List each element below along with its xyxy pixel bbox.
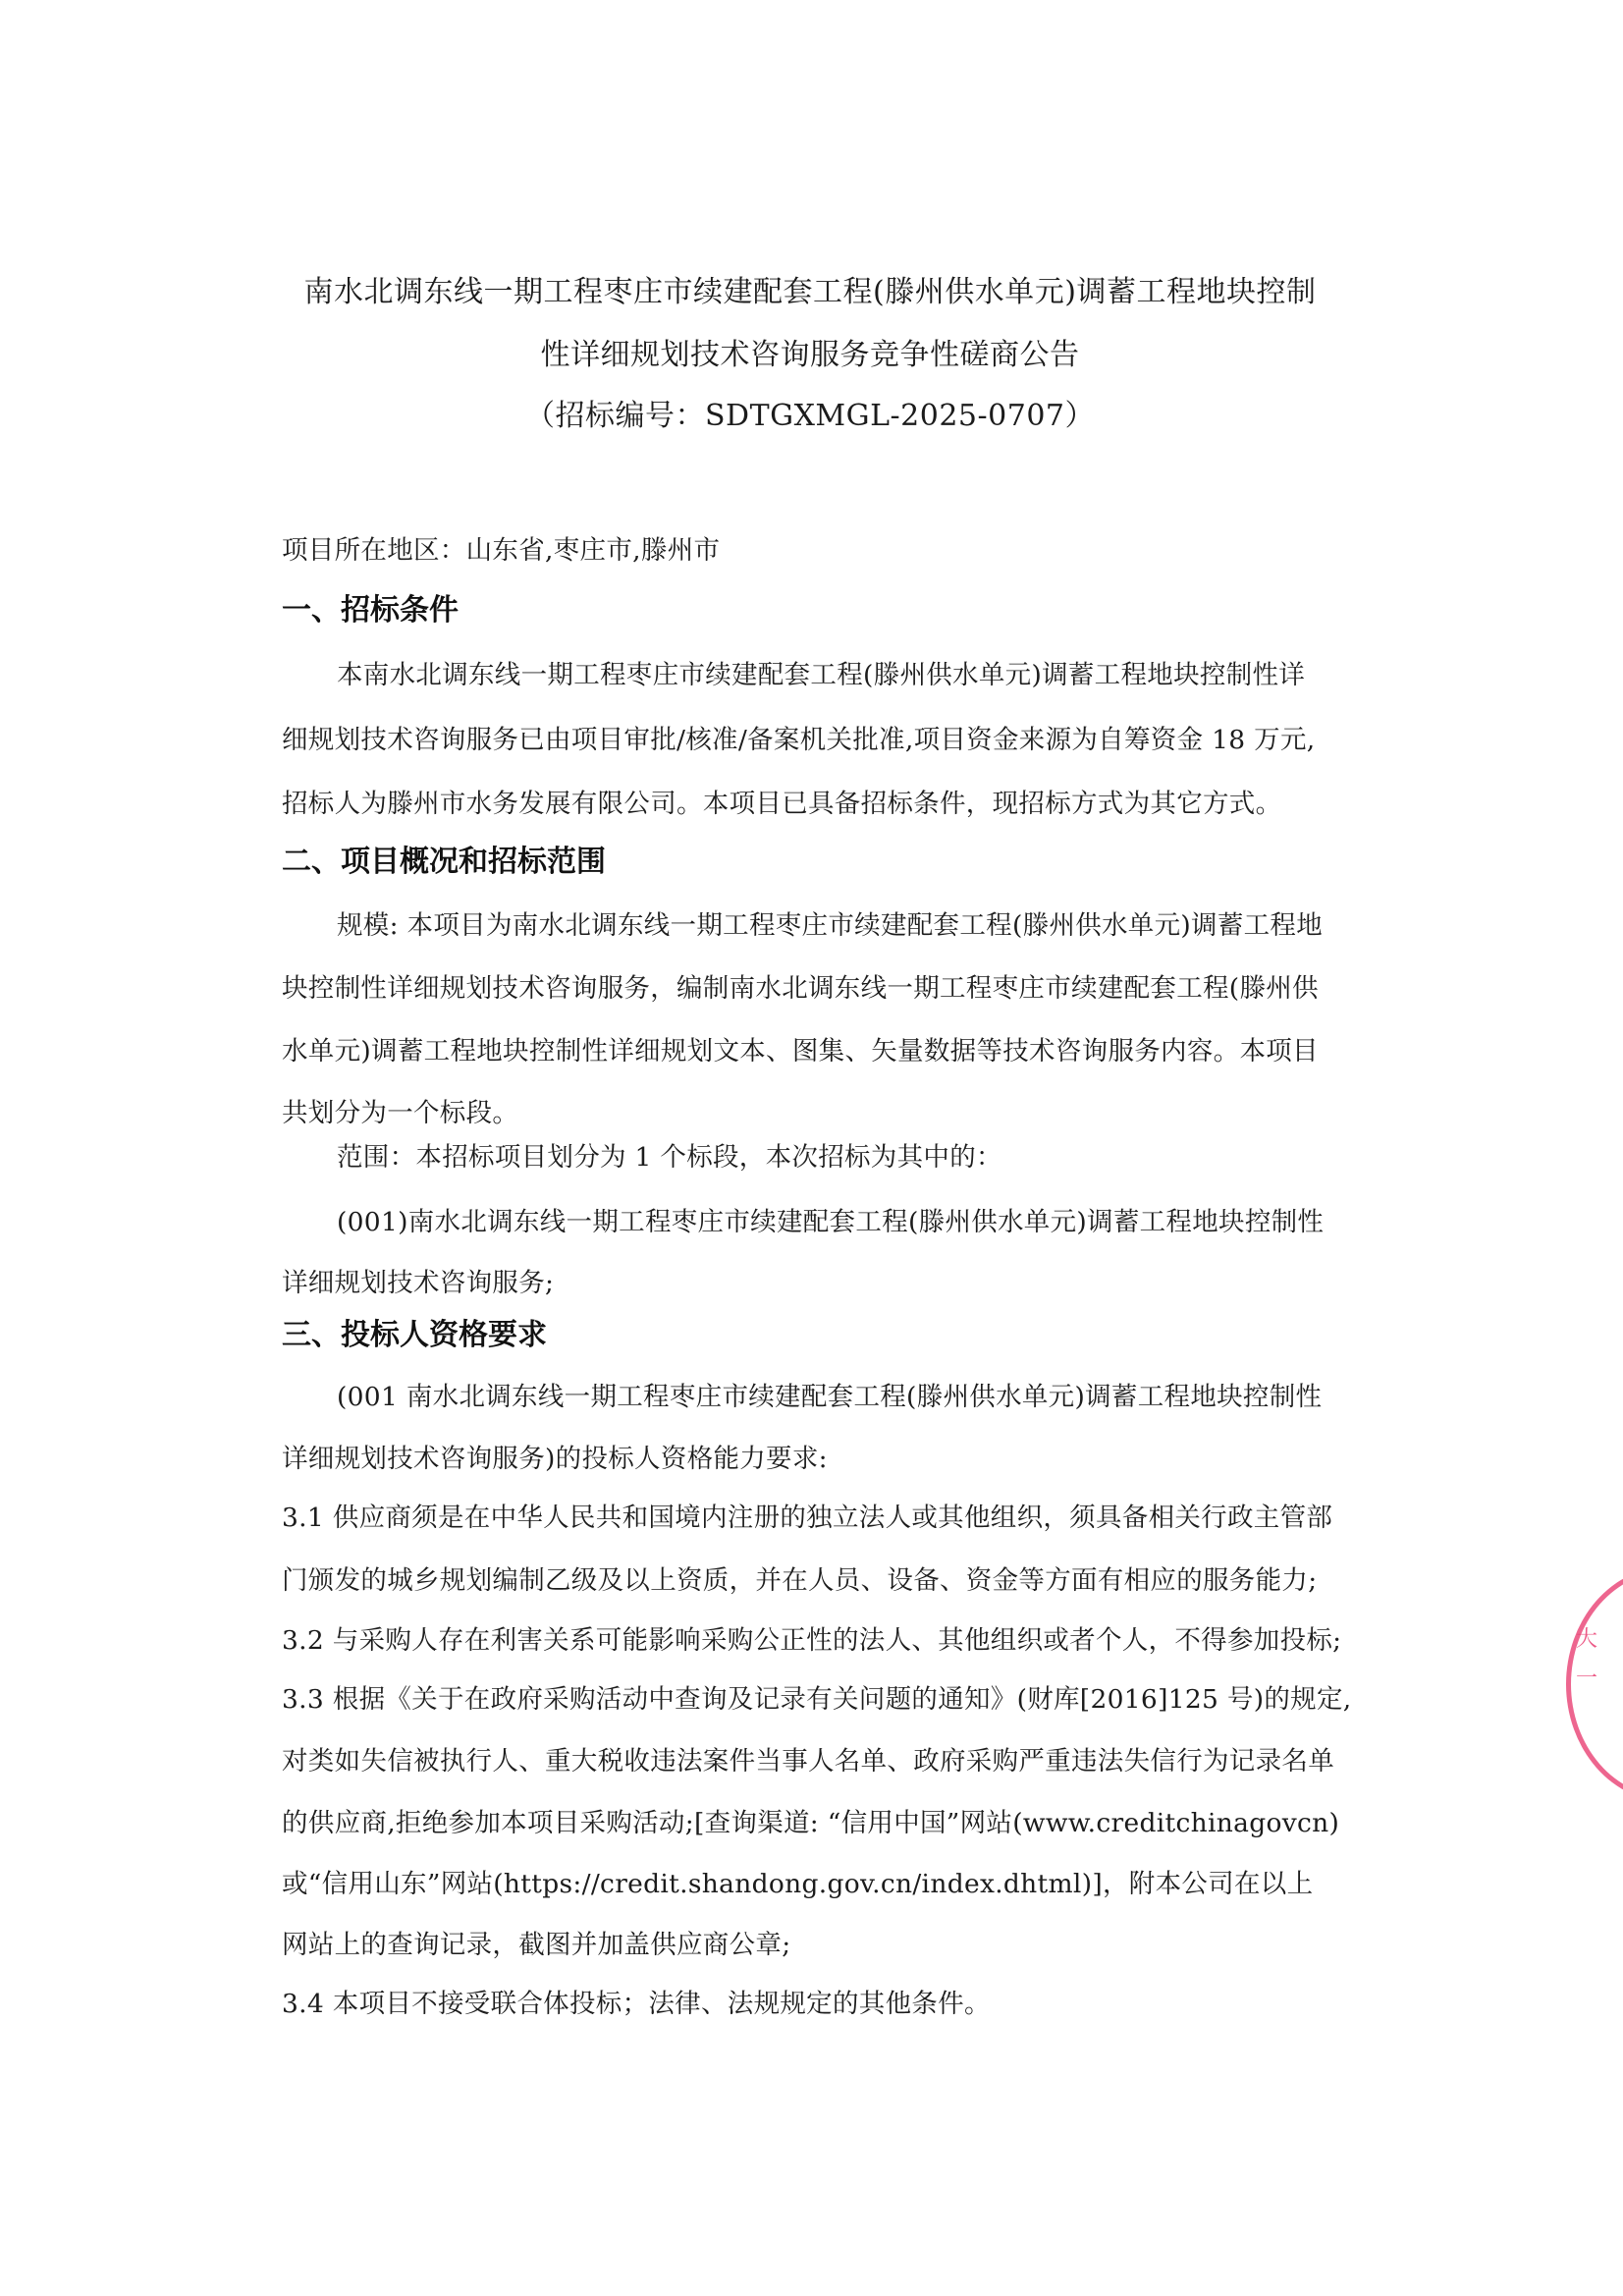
section-2-line: (001)南水北调东线一期工程枣庄市续建配套工程(滕州供水单元)调蓄工程地块控制… xyxy=(337,1200,1324,1238)
section-3-line: 详细规划技术咨询服务)的投标人资格能力要求: xyxy=(282,1437,828,1475)
section-2-line: 块控制性详细规划技术咨询服务，编制南水北调东线一期工程枣庄市续建配套工程(滕州供 xyxy=(282,966,1319,1005)
section-1-line: 本南水北调东线一期工程枣庄市续建配套工程(滕州供水单元)调蓄工程地块控制性详 xyxy=(337,653,1305,691)
section-3-line: 对类如失信被执行人、重大税收违法案件当事人名单、政府采购严重违法失信行为记录名单 xyxy=(282,1739,1334,1777)
section-3-line: 或“信用山东”网站(https://credit.shandong.gov.cn… xyxy=(282,1862,1313,1900)
section-3-line: 3.1 供应商须是在中华人民共和国境内注册的独立法人或其他组织，须具备相关行政主… xyxy=(282,1496,1332,1534)
project-region: 项目所在地区：山东省,枣庄市,滕州市 xyxy=(282,528,720,567)
section-1-line: 招标人为滕州市水务发展有限公司。本项目已具备招标条件，现招标方式为其它方式。 xyxy=(282,782,1281,820)
section-3-line: 门颁发的城乡规划编制乙级及以上资质，并在人员、设备、资金等方面有相应的服务能力; xyxy=(282,1558,1317,1597)
document-title-line-1: 南水北调东线一期工程枣庄市续建配套工程(滕州供水单元)调蓄工程地块控制 xyxy=(255,267,1365,310)
section-2-line: 共划分为一个标段。 xyxy=(282,1091,518,1129)
document-title-line-2: 性详细规划技术咨询服务竞争性磋商公告 xyxy=(255,330,1365,373)
seal-text: 大 一 xyxy=(1576,1620,1623,1699)
section-3-line: 3.4 本项目不接受联合体投标；法律、法规规定的其他条件。 xyxy=(282,1982,991,2020)
section-2-line: 规模: 本项目为南水北调东线一期工程枣庄市续建配套工程(滕州供水单元)调蓄工程地 xyxy=(337,903,1323,942)
section-1-heading: 一、招标条件 xyxy=(282,585,459,629)
section-3-line: 网站上的查询记录，截图并加盖供应商公章; xyxy=(282,1923,790,1961)
section-3-line: 的供应商,拒绝参加本项目采购活动;[查询渠道: “信用中国”网站(www.cre… xyxy=(282,1801,1339,1839)
section-3-heading: 三、投标人资格要求 xyxy=(282,1310,547,1353)
section-3-line: 3.2 与采购人存在利害关系可能影响采购公正性的法人、其他组织或者个人，不得参加… xyxy=(282,1618,1341,1657)
section-1-line: 细规划技术咨询服务已由项目审批/核准/备案机关批准,项目资金来源为自筹资金 18… xyxy=(282,718,1315,756)
document-page: 南水北调东线一期工程枣庄市续建配套工程(滕州供水单元)调蓄工程地块控制 性详细规… xyxy=(0,0,1623,2296)
section-2-heading: 二、项目概况和招标范围 xyxy=(282,837,606,880)
section-3-line: (001 南水北调东线一期工程枣庄市续建配套工程(滕州供水单元)调蓄工程地块控制… xyxy=(337,1375,1322,1413)
section-2-line: 范围：本招标项目划分为 1 个标段，本次招标为其中的： xyxy=(337,1135,1002,1174)
tender-number: （招标编号：SDTGXMGL-2025-0707） xyxy=(255,391,1365,434)
section-2-line: 详细规划技术咨询服务; xyxy=(282,1261,554,1299)
section-2-line: 水单元)调蓄工程地块控制性详细规划文本、图集、矢量数据等技术咨询服务内容。本项目 xyxy=(282,1029,1319,1067)
section-3-line: 3.3 根据《关于在政府采购活动中查询及记录有关问题的通知》(财库[2016]1… xyxy=(282,1677,1352,1716)
